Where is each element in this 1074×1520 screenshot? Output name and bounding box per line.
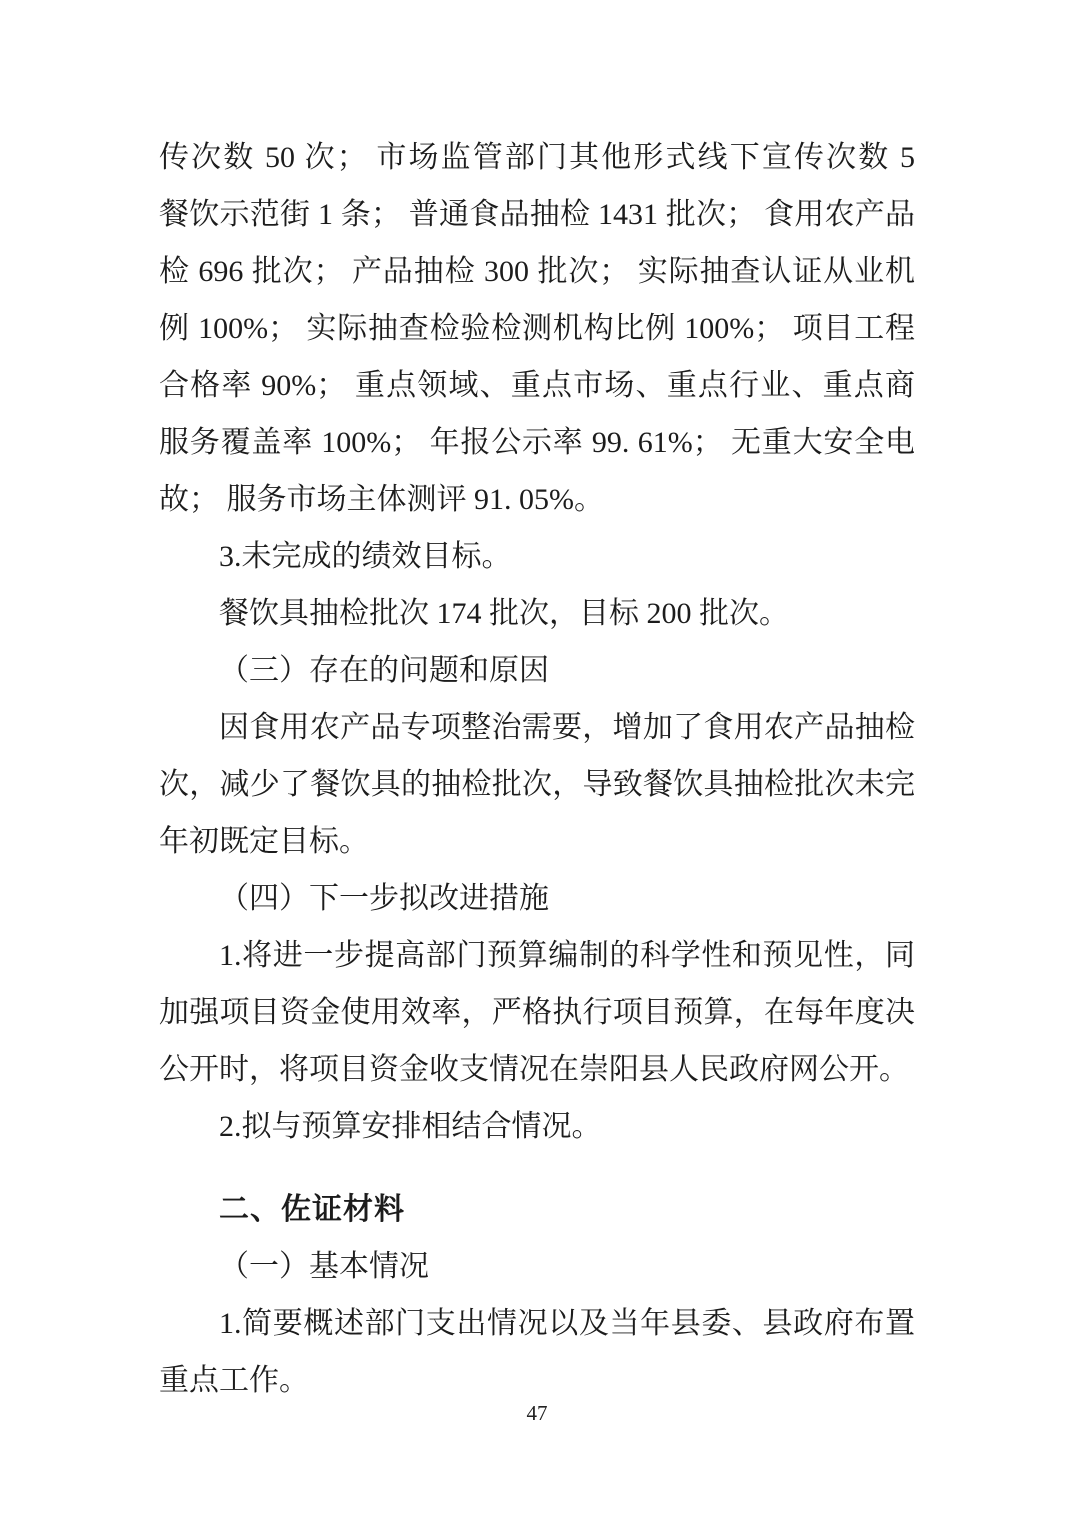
text-line: 故； 服务市场主体测评 91. 05%。 — [159, 471, 915, 528]
text-line: 年初既定目标。 — [159, 813, 915, 870]
text-line: 检 696 批次； 产品抽检 300 批次； 实际抽查认证从业机构比 — [159, 243, 915, 300]
text-line: 1.将进一步提高部门预算编制的科学性和预见性，同时 — [159, 927, 915, 984]
list-item-3-heading: 3.未完成的绩效目标。 — [159, 528, 915, 585]
document-body: 传次数 50 次； 市场监管部门其他形式线下宣传次数 5 次； 餐饮示范街 1 … — [159, 129, 915, 1409]
subsection-heading-4: （四）下一步拟改进措施 — [159, 870, 915, 927]
text-line: 传次数 50 次； 市场监管部门其他形式线下宣传次数 5 次； — [159, 129, 915, 186]
text-line: 因食用农产品专项整治需要，增加了食用农产品抽检批 — [159, 699, 915, 756]
text-line: 公开时，将项目资金收支情况在崇阳县人民政府网公开。 — [159, 1041, 915, 1098]
document-page: 传次数 50 次； 市场监管部门其他形式线下宣传次数 5 次； 餐饮示范街 1 … — [0, 0, 1074, 1520]
text-line: 2.拟与预算安排相结合情况。 — [159, 1098, 915, 1155]
text-line: 加强项目资金使用效率，严格执行项目预算，在每年度决算 — [159, 984, 915, 1041]
text-line: 次，减少了餐饮具的抽检批次，导致餐饮具抽检批次未完成 — [159, 756, 915, 813]
subsection-heading-1: （一）基本情况 — [159, 1238, 915, 1295]
text-line: 餐饮示范街 1 条； 普通食品抽检 1431 批次； 食用农产品抽 — [159, 186, 915, 243]
section-heading-2: 二、佐证材料 — [159, 1181, 915, 1238]
page-number: 47 — [0, 1398, 1074, 1428]
subsection-heading-3: （三）存在的问题和原因 — [159, 642, 915, 699]
text-line: 餐饮具抽检批次 174 批次，目标 200 批次。 — [159, 585, 915, 642]
text-line: 1.简要概述部门支出情况以及当年县委、县政府布置的 — [159, 1295, 915, 1352]
text-line: 例 100%； 实际抽查检验检测机构比例 100%； 项目工程验收 — [159, 300, 915, 357]
text-line: 合格率 90%； 重点领域、重点市场、重点行业、重点商品和 — [159, 357, 915, 414]
text-line: 服务覆盖率 100%； 年报公示率 99. 61%； 无重大安全电梯事 — [159, 414, 915, 471]
